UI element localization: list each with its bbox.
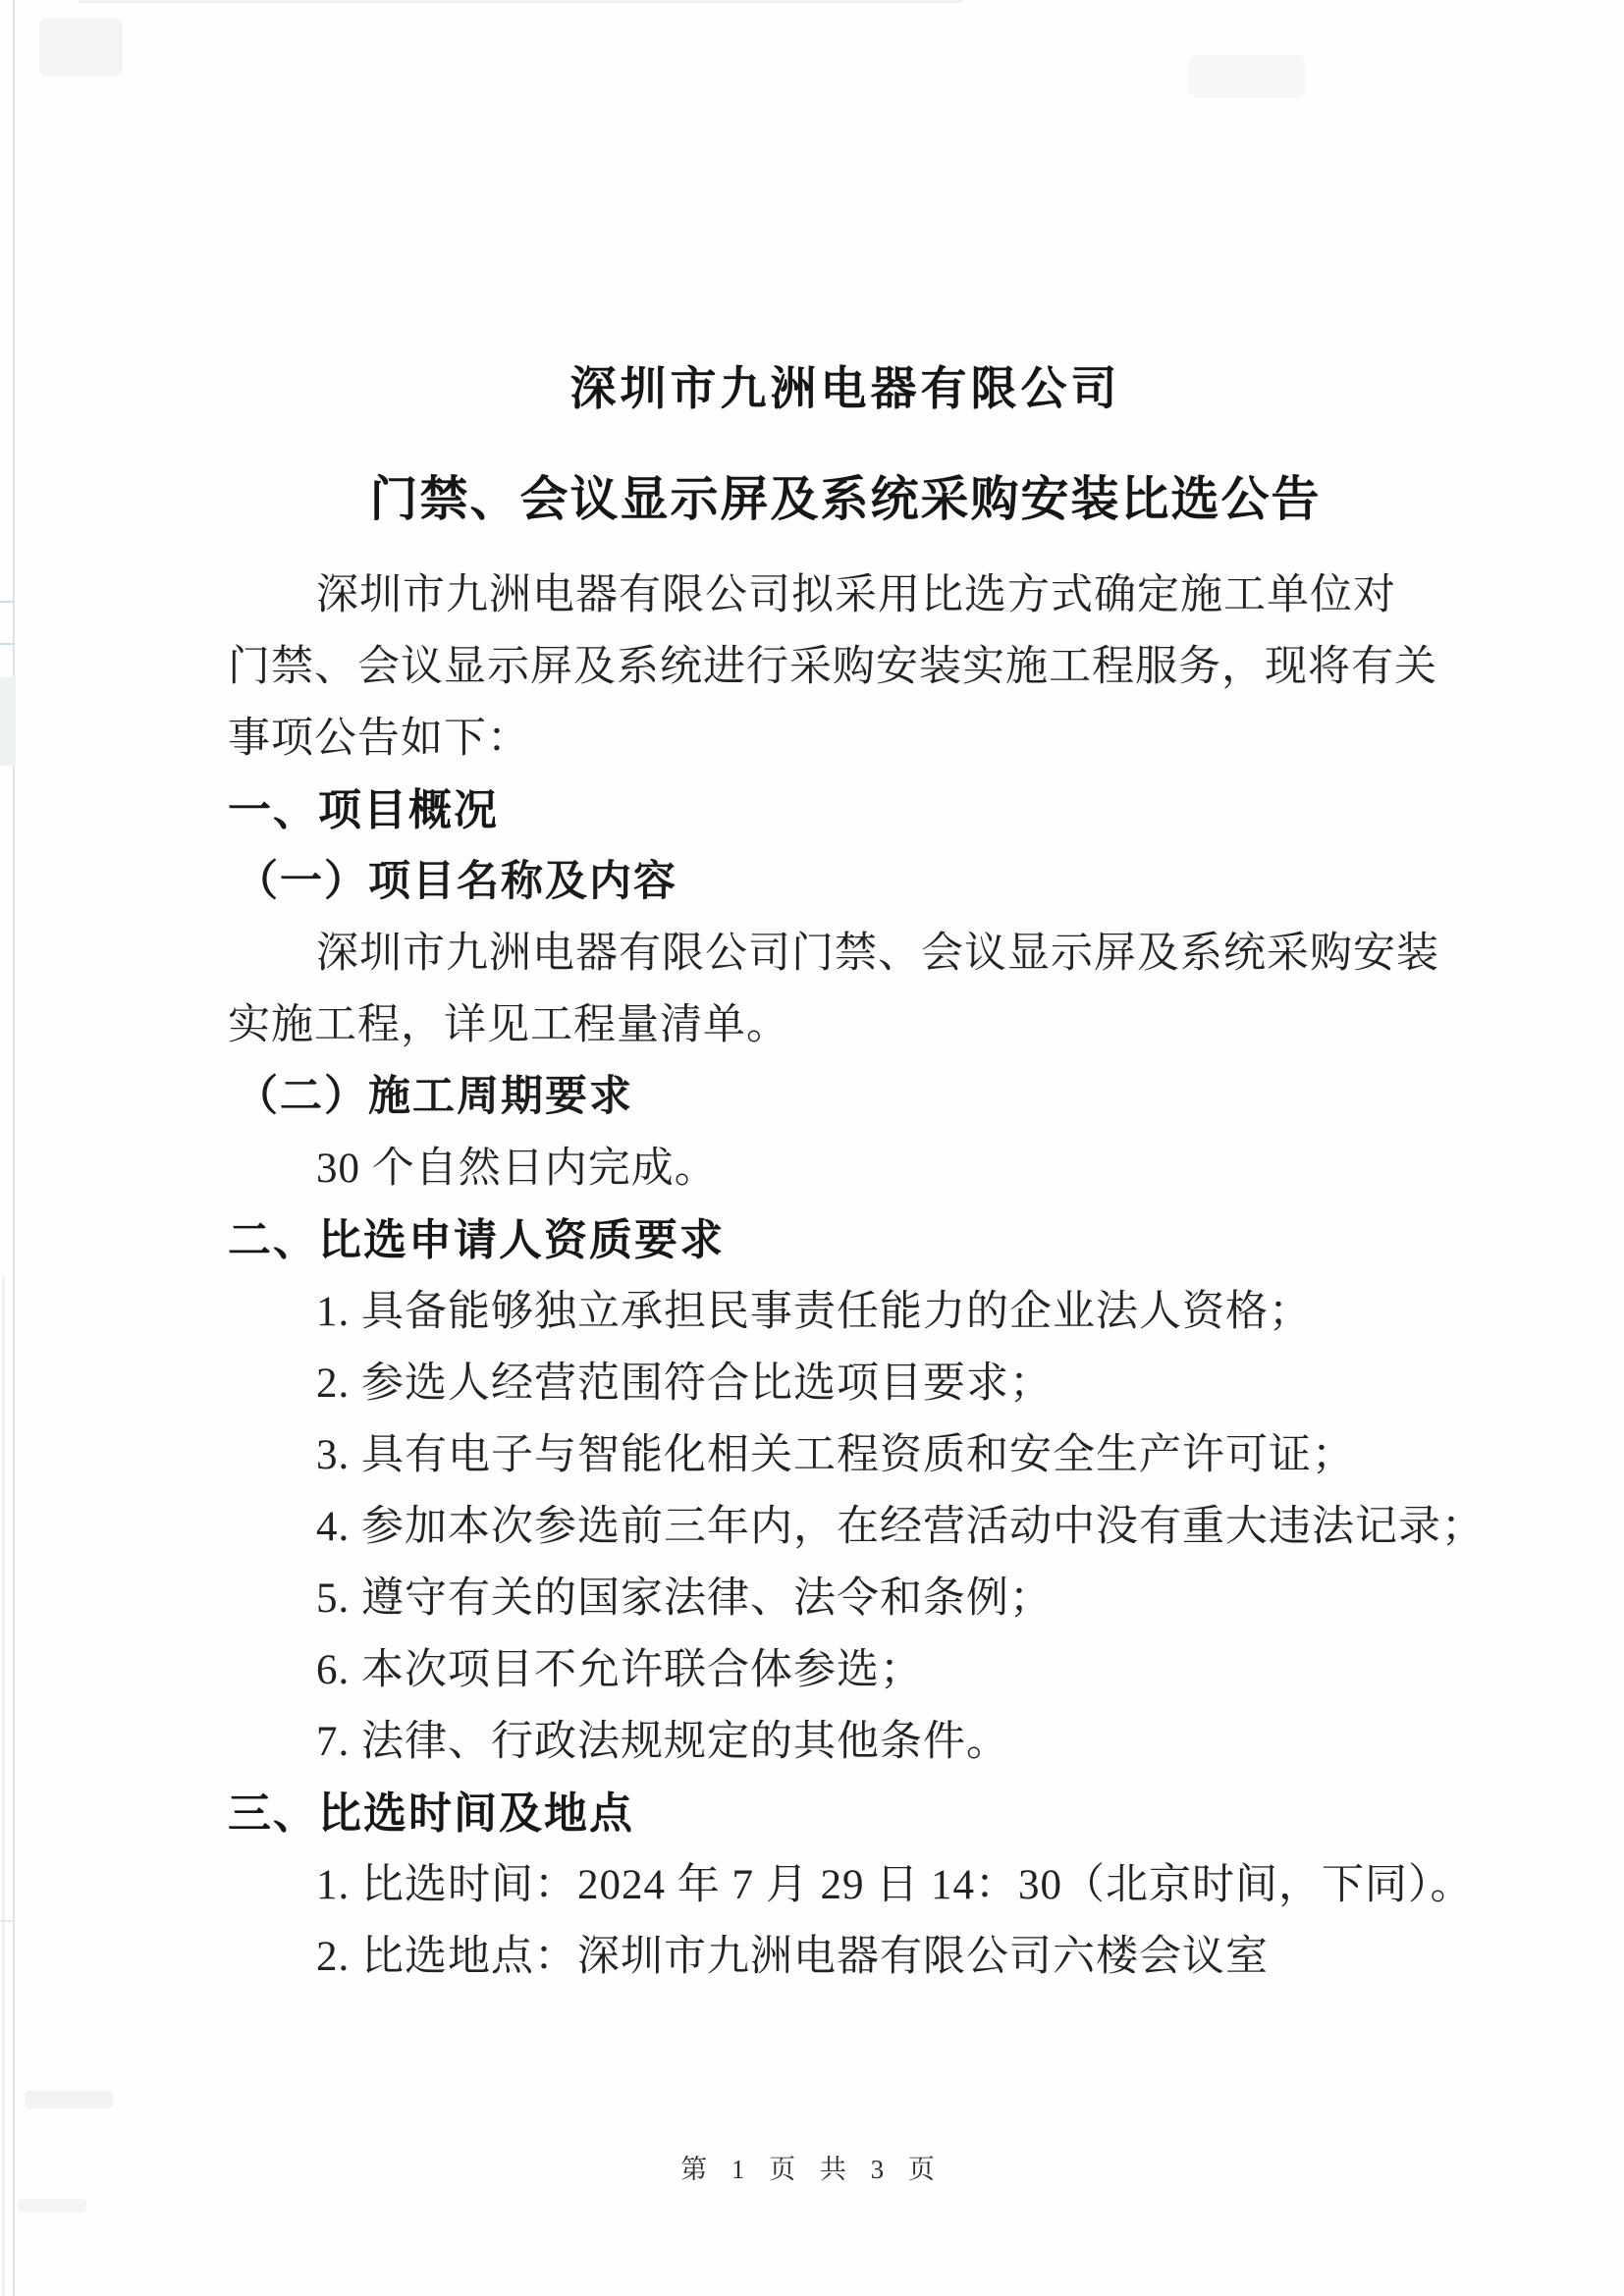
section-2-heading: 二、比选申请人资质要求 <box>228 1204 1463 1276</box>
document-text: 深圳市九洲电器有限公司拟采用比选方式确定施工单位对 门禁、会议显示屏及系统进行采… <box>228 560 1463 1993</box>
section-2-item: 2. 参选人经营范围符合比选项目要求； <box>228 1348 1463 1419</box>
document-body: 深圳市九洲电器有限公司 门禁、会议显示屏及系统采购安装比选公告 深圳市九洲电器有… <box>228 0 1463 1993</box>
section-3-item: 1. 比选时间：2024 年 7 月 29 日 14：30（北京时间，下同）。 <box>228 1849 1463 1921</box>
scanned-document-page: 深圳市九洲电器有限公司 门禁、会议显示屏及系统采购安装比选公告 深圳市九洲电器有… <box>0 0 1624 2296</box>
scan-edge-tick <box>0 601 15 603</box>
document-subtitle: 门禁、会议显示屏及系统采购安装比选公告 <box>228 465 1463 534</box>
section-1-heading: 一、项目概况 <box>228 774 1463 846</box>
section-1-1-line: 实施工程，详见工程量清单。 <box>228 989 1463 1061</box>
section-3-heading: 三、比选时间及地点 <box>228 1778 1463 1849</box>
section-2-item: 4. 参加本次参选前三年内，在经营活动中没有重大违法记录； <box>228 1491 1463 1563</box>
intro-line: 事项公告如下： <box>228 703 1463 774</box>
scan-smudge <box>39 18 123 77</box>
document-title: 深圳市九洲电器有限公司 <box>228 0 1463 422</box>
section-2-item: 6. 本次项目不允许联合体参选； <box>228 1634 1463 1706</box>
section-1-1-line: 深圳市九洲电器有限公司门禁、会议显示屏及系统采购安装 <box>228 918 1463 989</box>
page-number-footer: 第 1 页 共 3 页 <box>0 2148 1624 2186</box>
scan-edge-line <box>13 0 15 2296</box>
section-3-item: 2. 比选地点：深圳市九洲电器有限公司六楼会议室 <box>228 1921 1463 1993</box>
scan-smudge <box>18 2199 86 2213</box>
section-2-item: 7. 法律、行政法规规定的其他条件。 <box>228 1706 1463 1778</box>
section-1-2-heading: （二）施工周期要求 <box>228 1061 1463 1133</box>
scan-edge-tick <box>0 1920 14 1922</box>
scan-edge-tick <box>0 643 15 645</box>
section-2-item: 5. 遵守有关的国家法律、法令和条例； <box>228 1563 1463 1634</box>
section-1-1-heading: （一）项目名称及内容 <box>228 846 1463 918</box>
scan-smudge <box>0 677 16 766</box>
section-1-2-line: 30 个自然日内完成。 <box>228 1133 1463 1204</box>
intro-line: 深圳市九洲电器有限公司拟采用比选方式确定施工单位对 <box>228 560 1463 631</box>
scan-edge-line-low <box>2 1276 5 2296</box>
section-2-item: 1. 具备能够独立承担民事责任能力的企业法人资格； <box>228 1276 1463 1348</box>
section-2-item: 3. 具有电子与智能化相关工程资质和安全生产许可证； <box>228 1419 1463 1491</box>
scan-smudge <box>25 2091 113 2109</box>
intro-line: 门禁、会议显示屏及系统进行采购安装实施工程服务，现将有关 <box>228 631 1463 703</box>
